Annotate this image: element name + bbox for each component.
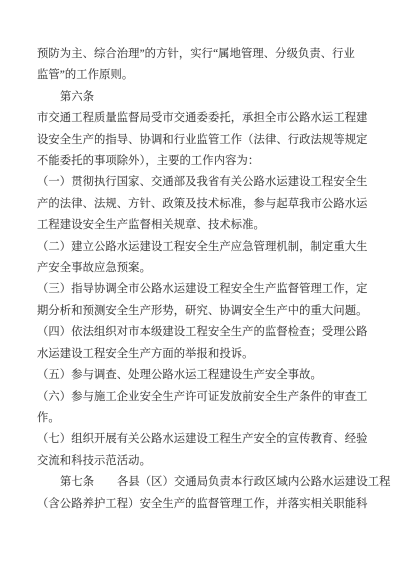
text-line: 市交通工程质量监督局受市交通委委托，承担全市公路水运工程建 [37, 108, 387, 129]
text-line: 交流和科技示范活动。 [37, 451, 387, 472]
text-line: （四）依法组织对市本级建设工程安全生产的监督检查；受理公路 [37, 322, 387, 343]
document-page: 预防为主、综合治理”的方针，实行“属地管理、分级负责、行业监管”的工作原则。第六… [0, 0, 400, 566]
text-line: （六）参与施工企业安全生产许可证发放前安全生产条件的审查工 [37, 387, 387, 408]
text-line: 期分析和预测安全生产形势，研究、协调安全生产中的重大问题。 [37, 301, 387, 322]
text-line: 产的法律、法规、方针、政策及技术标准，参与起草我市公路水运 [37, 194, 387, 215]
text-line: 不能委托的事项除外），主要的工作内容为： [37, 151, 387, 172]
text-line: （一）贯彻执行国家、交通部及我省有关公路水运建设工程安全生 [37, 172, 387, 193]
text-line: （三）指导协调全市公路水运建设工程安全生产监督管理工作，定 [37, 279, 387, 300]
text-line: 第七条 各县（区）交通局负责本行政区域内公路水运建设工程 [37, 472, 387, 493]
text-line: （七）组织开展有关公路水运建设工程生产安全的宣传教育、经验 [37, 429, 387, 450]
text-line: 第六条 [37, 87, 387, 108]
text-line: 监管”的工作原则。 [37, 65, 387, 86]
text-line: 预防为主、综合治理”的方针，实行“属地管理、分级负责、行业 [37, 44, 387, 65]
text-line: （含公路养护工程）安全生产的监督管理工作，并落实相关职能科 [37, 494, 387, 515]
text-line: （二）建立公路水运建设工程安全生产应急管理机制，制定重大生 [37, 237, 387, 258]
text-line: 工程建设安全生产监督相关规章、技术标准。 [37, 215, 387, 236]
text-line: 产安全事故应急预案。 [37, 258, 387, 279]
document-body-text: 预防为主、综合治理”的方针，实行“属地管理、分级负责、行业监管”的工作原则。第六… [37, 44, 387, 515]
text-line: 作。 [37, 408, 387, 429]
text-line: 设安全生产的指导、协调和行业监管工作（法律、行政法规等规定 [37, 130, 387, 151]
text-line: （五）参与调查、处理公路水运工程建设生产安全事故。 [37, 365, 387, 386]
text-line: 水运建设工程安全生产方面的举报和投诉。 [37, 344, 387, 365]
